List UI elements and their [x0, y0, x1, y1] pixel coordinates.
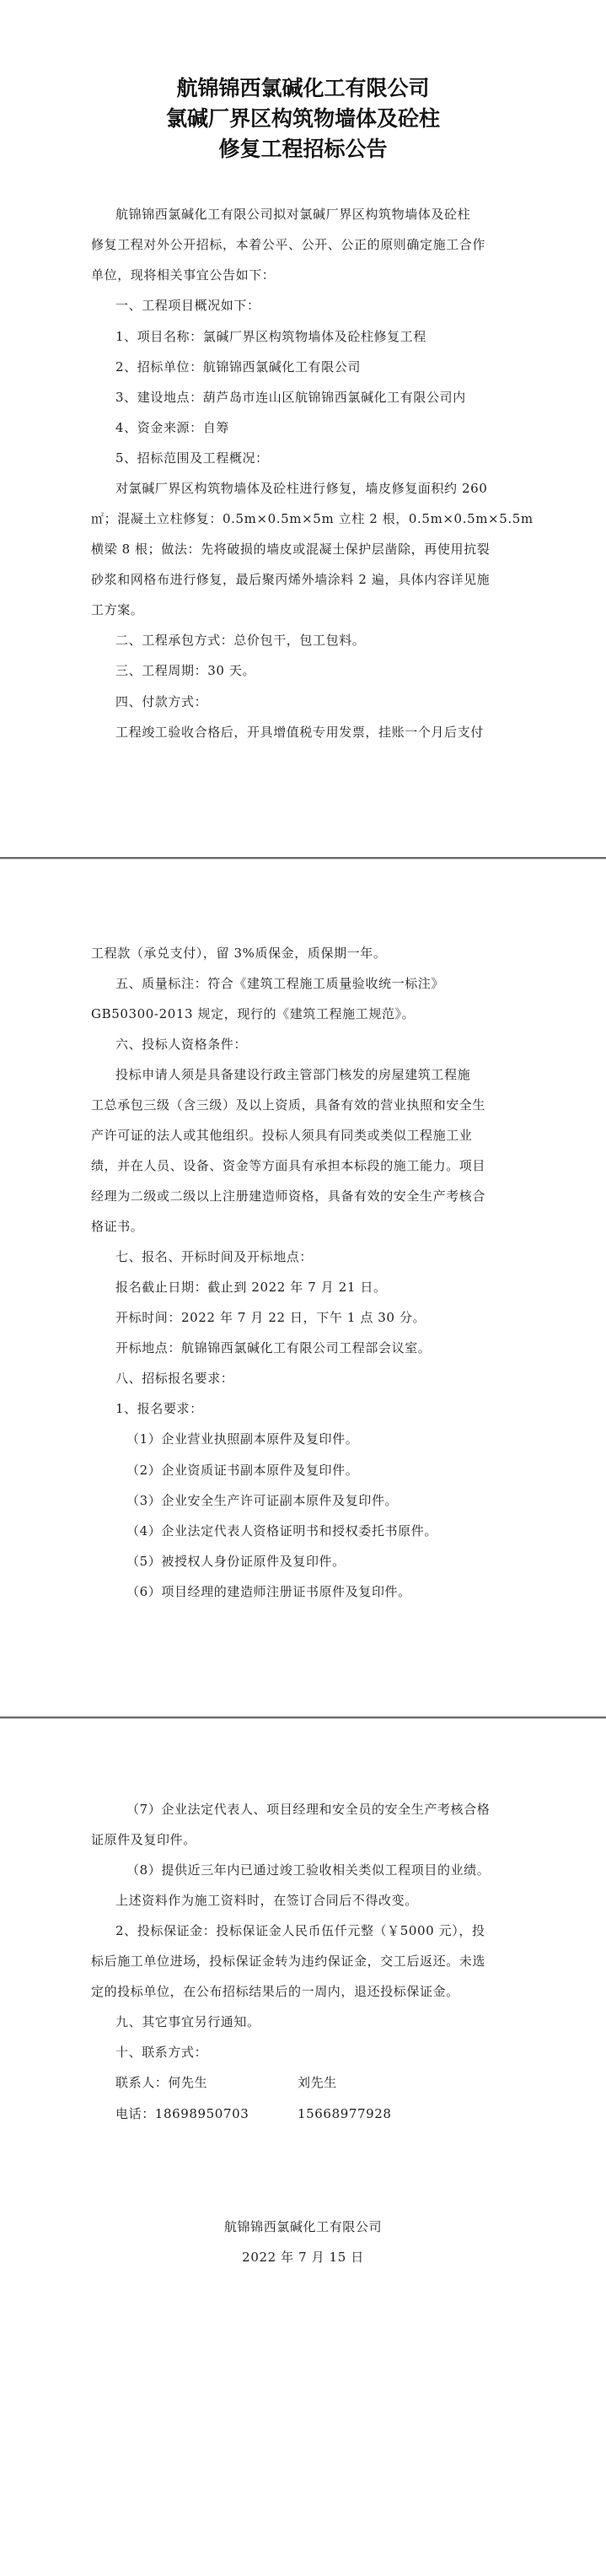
registration-deadline: 报名截止日期：截止到 2022 年 7 月 21 日。	[115, 1279, 520, 1296]
section-heading-8: 八、招标报名要求：	[115, 1370, 520, 1387]
page-2: 工程款（承兑支付），留 3%质保金，质保期一年。 五、质量标注：符合《建筑工程施…	[0, 860, 606, 1716]
qualification-paragraph-line: 工总承包三级（含三级）及以上资质，具备有效的营业执照和安全生	[91, 1097, 521, 1113]
bid-opening-location: 开标地点：航锦锦西氯碱化工有限公司工程部会议室。	[115, 1339, 520, 1356]
section-heading-4: 四、付款方式：	[115, 693, 520, 710]
bid-bond-paragraph-line: 定的投标单位，在公布招标结果后的一周内，退还投标保证金。	[91, 1983, 521, 2000]
qualification-paragraph-line: 投标申请人须是具备建设行政主管部门核发的房屋建筑工程施	[115, 1066, 520, 1083]
section-heading-7: 七、报名、开标时间及开标地点：	[115, 1248, 520, 1265]
section-heading-6: 六、投标人资格条件：	[115, 1036, 520, 1053]
construction-site: 3、建设地点：葫芦岛市连山区航锦锦西氯碱化工有限公司内	[115, 389, 520, 406]
requirement-item-1: （1）企业营业执照副本原件及复印件。	[126, 1431, 556, 1447]
payment-paragraph-line: 工程款（承兑支付），留 3%质保金，质保期一年。	[91, 945, 521, 962]
requirement-item-7-cont: 证原件及复印件。	[91, 1831, 521, 1848]
qualification-paragraph-line: 绩，并在人员、设备、资金等方面具有承担本标段的施工能力。项目	[91, 1157, 521, 1174]
contact-phones-row: 电话：18698950703 15668977928	[115, 2105, 520, 2122]
bid-opening-time: 开标时间：2022 年 7 月 22 日，下午 1 点 30 分。	[115, 1309, 520, 1326]
contact-phone-2: 15668977928	[298, 2105, 392, 2122]
section-heading-5: 五、质量标注：符合《建筑工程施工质量验收统一标注》	[115, 975, 520, 992]
document-title-line-2: 氯碱厂界区构筑物墙体及砼柱	[0, 104, 606, 134]
scope-paragraph-line: 对氯碱厂界区构筑物墙体及砼柱进行修复，墙皮修复面积约 260	[115, 480, 520, 497]
scope-heading: 5、招标范围及工程概况：	[115, 450, 520, 466]
document-title-line-1: 航锦锦西氯碱化工有限公司	[0, 73, 606, 104]
requirement-item-2: （2）企业资质证书副本原件及复印件。	[126, 1462, 556, 1479]
scope-paragraph-line: 横梁 8 根；做法：先将破损的墙皮或混凝土保护层凿除，再使用抗裂	[91, 541, 521, 558]
scope-paragraph-line: 砂浆和网格布进行修复，最后聚丙烯外墙涂料 2 遍，具体内容详见施	[91, 571, 521, 588]
funding-source: 4、资金来源：自筹	[115, 419, 520, 436]
qualification-paragraph-line: 经理为二级或二级以上注册建造师资格，具备有效的安全生产考核合	[91, 1188, 521, 1204]
requirement-item-8: （8）提供近三年内已通过竣工验收相关类似工程项目的业绩。	[126, 1862, 556, 1878]
document-title-line-3: 修复工程招标公告	[0, 134, 606, 164]
contact-persons-row: 联系人：何先生 刘先生	[115, 2074, 520, 2091]
intro-paragraph-line: 修复工程对外公开招标，本着公平、公开、公正的原则确定施工合作	[91, 236, 521, 253]
scope-paragraph-line: ㎡；混凝土立柱修复：0.5m×0.5m×5m 立柱 2 根，0.5m×0.5m×…	[91, 510, 521, 527]
requirement-item-7: （7）企业法定代表人、项目经理和安全员的安全生产考核合格	[126, 1801, 556, 1818]
payment-paragraph-line: 工程竣工验收合格后，开具增值税专用发票，挂账一个月后支付	[115, 724, 520, 741]
section-heading-1: 一、工程项目概况如下：	[115, 297, 520, 314]
quality-standard-line: GB50300-2013 规定，现行的《建筑工程施工规范》。	[91, 1005, 521, 1022]
requirement-item-3: （3）企业安全生产许可证副本原件及复印件。	[126, 1492, 556, 1509]
qualification-paragraph-line: 产许可证的法人或其他组织。投标人须具有同类或类似工程施工业	[91, 1127, 521, 1144]
signature-company: 航锦锦西氯碱化工有限公司	[0, 2218, 606, 2235]
tender-unit: 2、招标单位：航锦锦西氯碱化工有限公司	[115, 358, 520, 375]
bid-bond-paragraph-line: 标后施工单位进场，投标保证金转为违约保证金，交工后返还。未选	[91, 1953, 521, 1970]
signature-date: 2022 年 7 月 15 日	[0, 2249, 606, 2266]
qualification-paragraph-line: 格证书。	[91, 1218, 521, 1235]
intro-paragraph-line: 航锦锦西氯碱化工有限公司拟对氯碱厂界区构筑物墙体及砼柱	[115, 206, 520, 223]
bid-bond-paragraph-line: 2、投标保证金：投标保证金人民币伍仟元整（￥5000 元），投	[115, 1922, 520, 1939]
project-name: 1、项目名称：氯碱厂界区构筑物墙体及砼柱修复工程	[115, 328, 520, 345]
materials-note: 上述资料作为施工资料时，在签订合同后不得改变。	[115, 1892, 520, 1909]
contact-person-2: 刘先生	[298, 2074, 337, 2091]
section-heading-2: 二、工程承包方式：总价包干，包工包料。	[115, 632, 520, 649]
intro-paragraph-line: 单位，现将相关事宜公告如下：	[91, 267, 521, 283]
section-heading-9: 九、其它事宜另行通知。	[115, 2013, 520, 2030]
registration-requirements-heading: 1、报名要求：	[115, 1400, 520, 1417]
contact-person-1: 联系人：何先生	[115, 2075, 207, 2090]
scope-paragraph-line: 工方案。	[91, 601, 521, 618]
section-heading-3: 三、工程周期：30 天。	[115, 662, 520, 679]
contact-phone-1: 电话：18698950703	[115, 2106, 249, 2121]
requirement-item-6: （6）项目经理的建造师注册证书原件及复印件。	[126, 1583, 556, 1600]
section-heading-10: 十、联系方式：	[115, 2044, 520, 2061]
page-3: （7）企业法定代表人、项目经理和安全员的安全生产考核合格 证原件及复印件。 （8…	[0, 1719, 606, 2576]
requirement-item-5: （5）被授权人身份证原件及复印件。	[126, 1553, 556, 1570]
requirement-item-4: （4）企业法定代表人资格证明书和授权委托书原件。	[126, 1522, 556, 1539]
page-1: 航锦锦西氯碱化工有限公司 氯碱厂界区构筑物墙体及砼柱 修复工程招标公告 航锦锦西…	[0, 0, 606, 857]
